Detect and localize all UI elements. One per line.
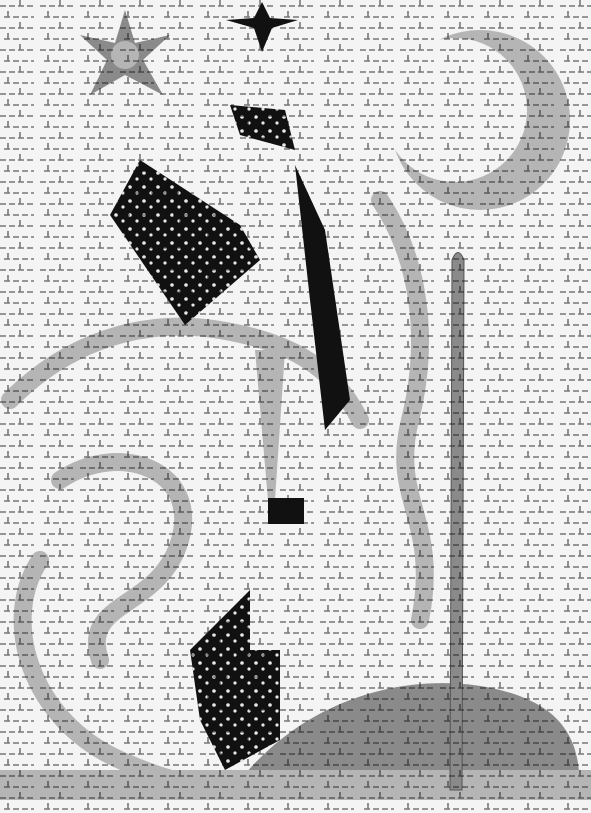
brick-texture xyxy=(0,0,591,813)
artwork-canvas xyxy=(0,0,591,813)
artwork-illustration xyxy=(0,0,591,813)
